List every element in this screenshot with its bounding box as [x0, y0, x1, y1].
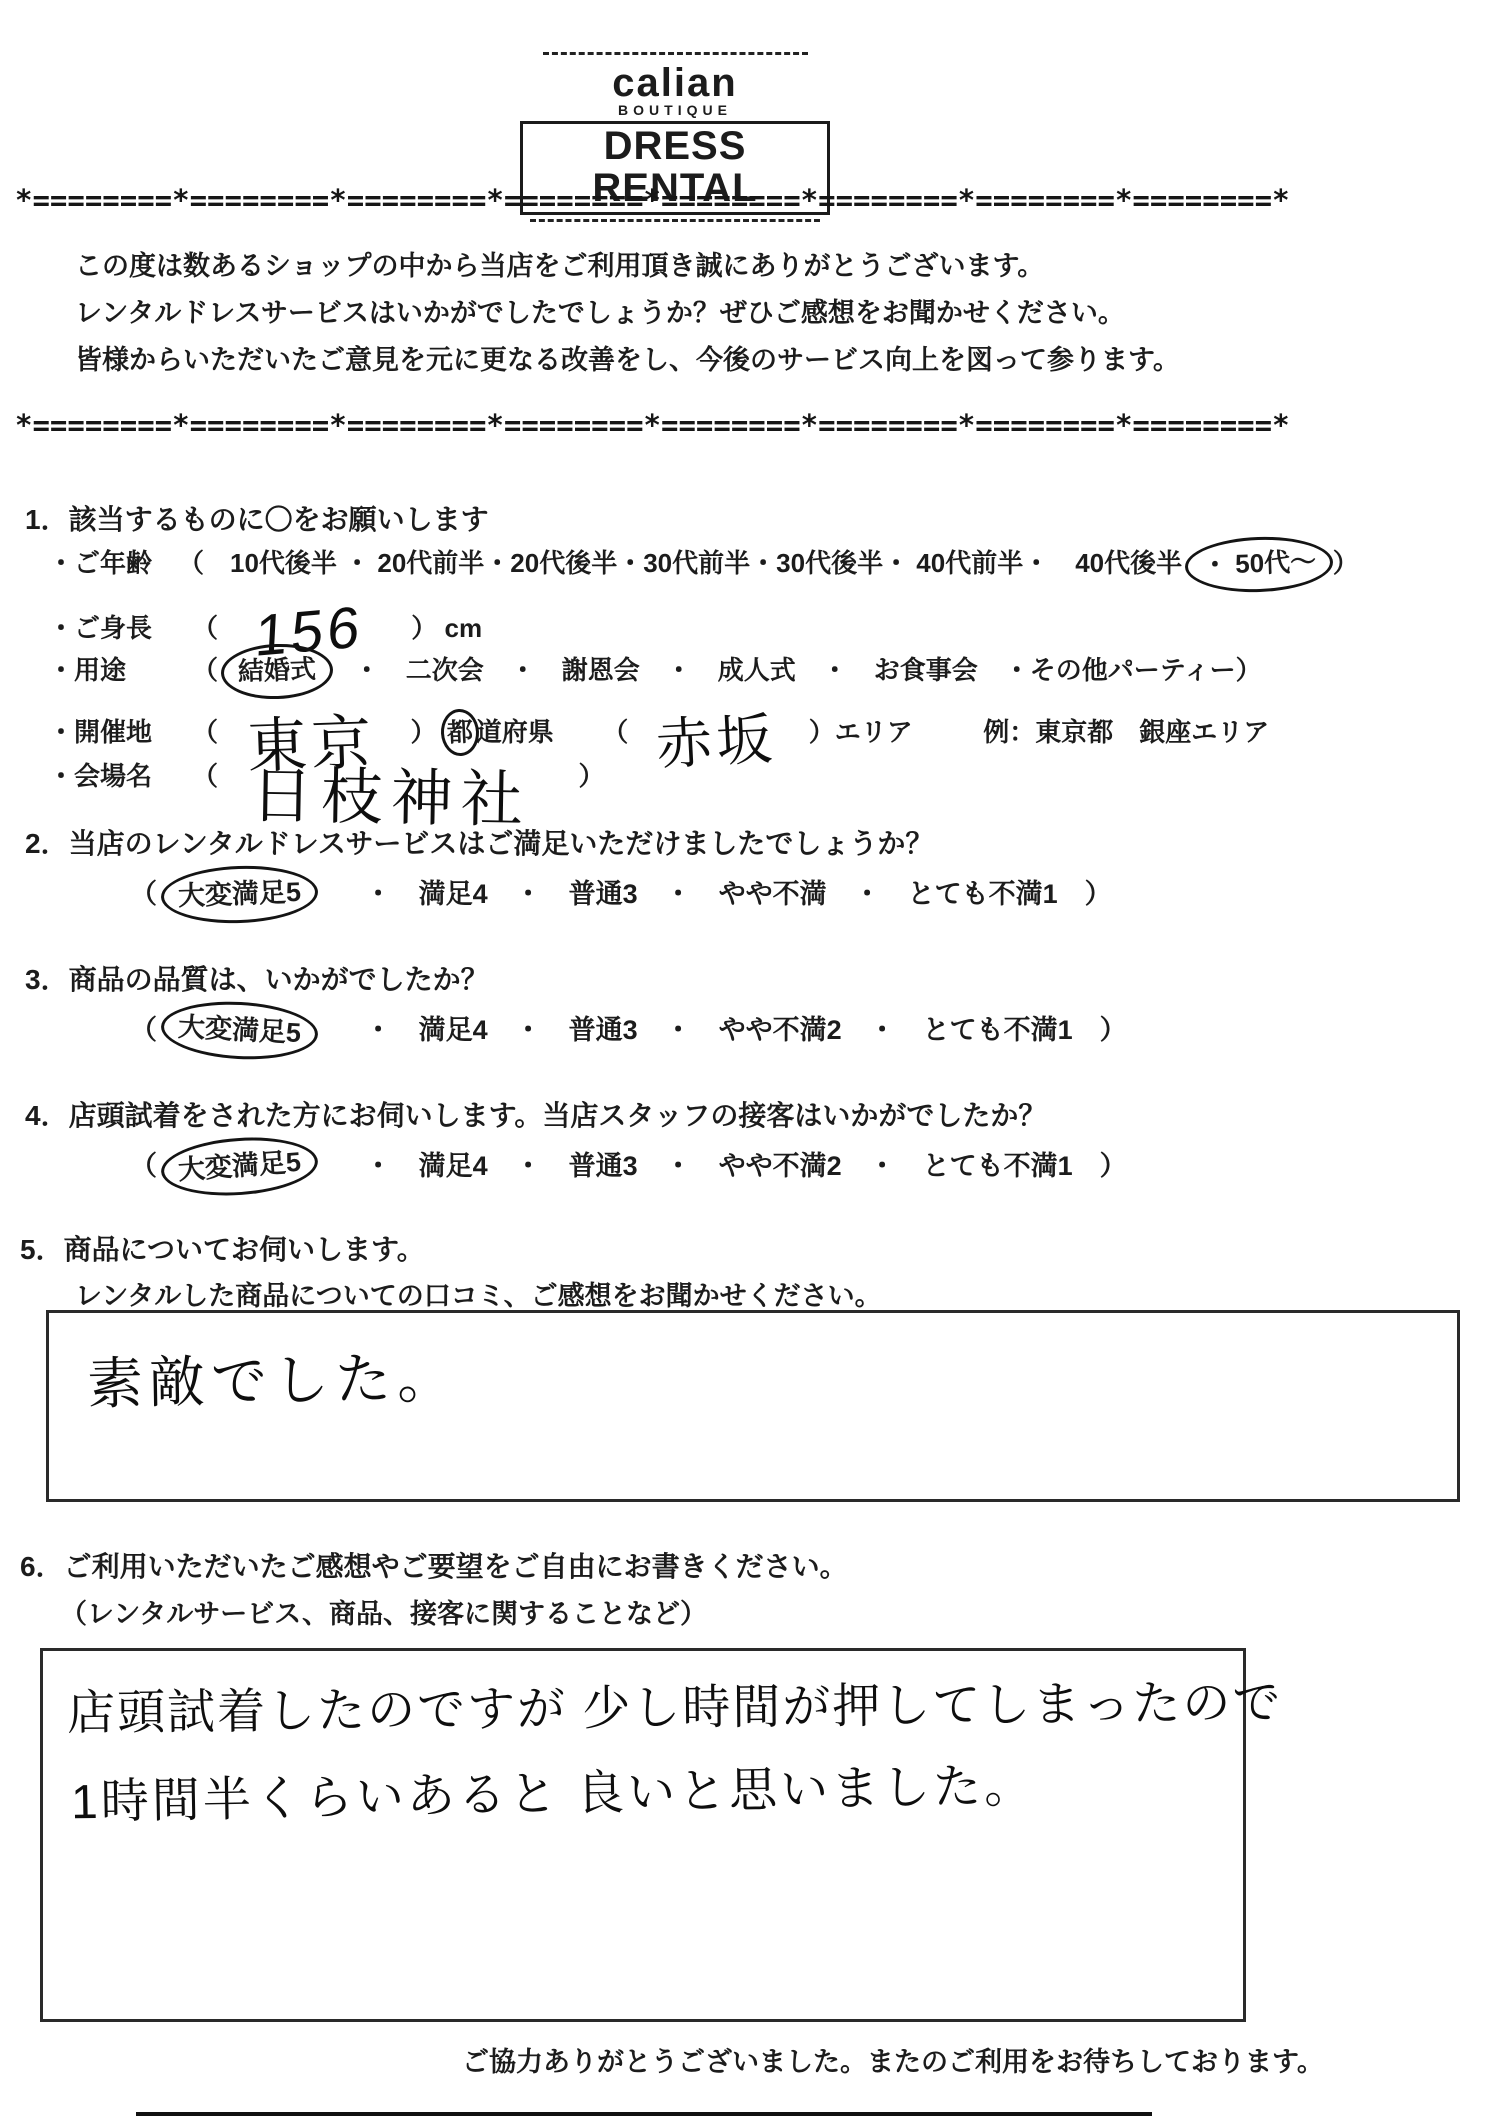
- q1-venue-label: ・会場名: [48, 761, 152, 791]
- q2-open: （: [130, 879, 157, 909]
- q3-open: （: [130, 1015, 157, 1045]
- q1-location-suffix: 道府県: [476, 717, 554, 747]
- q1-age-row: ・ご年齢（ 10代後半 ・ 20代前半・20代後半・30代前半・30代後半・ 4…: [48, 543, 1359, 582]
- q1-location-area-handwritten: 赤坂: [653, 695, 777, 781]
- q1-usage-open: （: [192, 655, 218, 685]
- q2-title: 2．当店のレンタルドレスサービスはご満足いただけましたでしょうか？: [25, 822, 933, 862]
- footer-thanks: ご協力ありがとうございました。またのご利用をお待ちしております。: [462, 2040, 1324, 2079]
- q1-location-open: （: [192, 717, 218, 747]
- q4-title: 4．店頭試着をされた方にお伺いします。当店スタッフの接客はいかがでしたか？: [25, 1094, 1046, 1134]
- q1-location-close2: ）エリア: [809, 717, 913, 747]
- logo-top-rule: [543, 52, 808, 55]
- q3-options: ・ 満足4 ・ 普通3 ・ やや不満2 ・ とても不満1 ）: [365, 1015, 1127, 1045]
- q6-title: 6．ご利用いただいたご感想やご要望をご自由にお書きください。: [20, 1545, 848, 1585]
- q6-answer-line2-handwritten: 1時間半くらいあると 良いと思いました。: [70, 1747, 1035, 1833]
- intro-line-1: この度は数あるショップの中から当店をご利用頂き誠にありがとうございます。: [75, 243, 1180, 290]
- q2-options-row: （ 大変満足5 ・ 満足4 ・ 普通3 ・ やや不満 ・ とても不満1 ）: [130, 872, 1112, 913]
- q3-selected-circle: 大変満足5: [159, 998, 319, 1063]
- q1-location-to: 都: [446, 716, 474, 747]
- separator-top: *========*========*========*========*===…: [15, 183, 1290, 217]
- q1-age-selected: ・ 50代～: [1202, 546, 1317, 580]
- brand-name: calian: [520, 63, 830, 103]
- q1-location-example: 例：東京都 銀座エリア: [983, 717, 1269, 747]
- q2-selected-circle: 大変満足5: [160, 863, 319, 925]
- q2-selected: 大変満足5: [177, 877, 301, 911]
- free-comment-box: 店頭試着したのですが 少し時間が押してしまったので 1時間半くらいあると 良いと…: [40, 1648, 1246, 2022]
- q1-age-close: ）: [1333, 548, 1359, 578]
- q1-height-label: ・ご身長: [48, 613, 152, 643]
- intro-line-3: 皆様からいただいたご意見を元に更なる改善をし、今後のサービス向上を図って参ります…: [75, 337, 1180, 384]
- q4-options-row: （ 大変満足5 ・ 満足4 ・ 普通3 ・ やや不満2 ・ とても不満1 ）: [130, 1144, 1127, 1185]
- q1-usage-options: ・ 二次会 ・ 謝恩会 ・ 成人式 ・ お食事会 ・その他パーティー）: [354, 655, 1262, 685]
- q4-options: ・ 満足4 ・ 普通3 ・ やや不満2 ・ とても不満1 ）: [365, 1151, 1127, 1181]
- q1-usage-selected-circle: 結婚式: [220, 642, 334, 701]
- q6-answer-line1-handwritten: 店頭試着したのですが 少し時間が押してしまったので: [67, 1664, 1283, 1744]
- scan-artifact-line: [136, 2112, 1152, 2116]
- q5-answer-handwritten: 素敵でした。: [86, 1334, 459, 1420]
- q5-title: 5．商品についてお伺いします。: [20, 1228, 425, 1268]
- q1-height-open: （: [192, 613, 218, 643]
- intro-paragraph: この度は数あるショップの中から当店をご利用頂き誠にありがとうございます。 レンタ…: [75, 243, 1180, 384]
- separator-bottom: *========*========*========*========*===…: [15, 408, 1290, 442]
- q3-title: 3．商品の品質は、いかがでしたか？: [25, 958, 489, 998]
- q6-subtitle: （レンタルサービス、商品、接客に関することなど）: [60, 1592, 707, 1631]
- q1-usage-row: ・用途（ 結婚式 ・ 二次会 ・ 謝恩会 ・ 成人式 ・ お食事会 ・その他パー…: [48, 650, 1262, 689]
- q1-usage-selected: 結婚式: [238, 654, 317, 687]
- q1-age-options: （ 10代後半 ・ 20代前半・20代後半・30代前半・30代後半・ 40代前半…: [178, 548, 1182, 578]
- q4-selected-circle: 大変満足5: [159, 1133, 320, 1201]
- q3-selected: 大変満足5: [177, 1012, 301, 1048]
- q4-open: （: [130, 1151, 157, 1181]
- q1-age-selected-circle: ・ 50代～: [1184, 534, 1334, 594]
- q1-location-open2: （: [602, 717, 628, 747]
- q2-options: ・ 満足4 ・ 普通3 ・ やや不満 ・ とても不満1 ）: [365, 879, 1112, 909]
- q1-venue-open: （: [192, 761, 218, 791]
- q4-selected: 大変満足5: [177, 1147, 302, 1186]
- q5-subtitle: レンタルした商品についての口コミ、ご感想をお聞かせください。: [75, 1274, 882, 1313]
- q1-usage-label: ・用途: [48, 655, 126, 685]
- q3-options-row: （ 大変満足5 ・ 満足4 ・ 普通3 ・ やや不満2 ・ とても不満1 ）: [130, 1008, 1127, 1049]
- q1-title: 1．該当するものに〇をお願いします: [25, 498, 489, 538]
- q1-height-unit: cm: [445, 613, 483, 643]
- q1-location-label: ・開催地: [48, 717, 152, 747]
- q1-age-label: ・ご年齢: [48, 548, 152, 578]
- q1-height-close: ）: [411, 613, 437, 643]
- survey-page: calian BOUTIQUE DRESS RENTAL *========*=…: [0, 0, 1500, 2127]
- q1-venue-close: ）: [579, 761, 605, 791]
- brand-subtitle: BOUTIQUE: [520, 103, 830, 117]
- intro-line-2: レンタルドレスサービスはいかがでしたでしょうか？ぜひご感想をお聞かせください。: [75, 290, 1180, 337]
- q1-location-mid: ）: [411, 717, 437, 747]
- logo-bottom-rule: [530, 219, 820, 222]
- product-review-box: 素敵でした。: [46, 1310, 1460, 1502]
